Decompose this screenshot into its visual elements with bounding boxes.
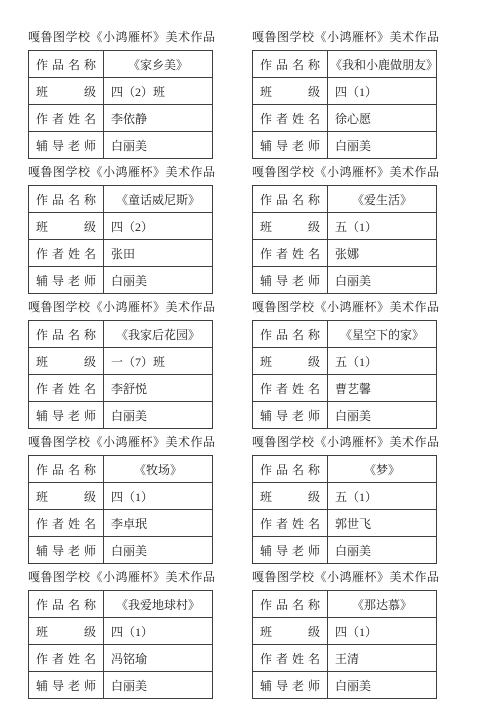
work-title-value: 《爱生活》 [328, 186, 437, 213]
tutor-value: 白丽美 [104, 672, 213, 699]
work-title-value: 《我和小鹿做朋友》 [328, 51, 437, 78]
field-label-work-name: 作品名称 [29, 321, 104, 348]
class-value: 四（1） [104, 618, 213, 645]
field-label-class: 班级 [29, 618, 104, 645]
field-label-author: 作者姓名 [253, 510, 328, 537]
tutor-value: 白丽美 [104, 537, 213, 564]
author-value: 张田 [104, 240, 213, 267]
artwork-label-card: 嘎鲁图学校《小鸿雁杯》美术作品 作品名称 《童话威尼斯》 班级 四（2） 作者姓… [28, 165, 213, 294]
table-row: 作者姓名 曹艺馨 [253, 375, 437, 402]
author-value: 王清 [328, 645, 437, 672]
table-row: 作者姓名 张田 [29, 240, 213, 267]
competition-header: 嘎鲁图学校《小鸿雁杯》美术作品 [252, 435, 437, 450]
artwork-label-card: 嘎鲁图学校《小鸿雁杯》美术作品 作品名称 《牧场》 班级 四（1） 作者姓名 李… [28, 435, 213, 564]
competition-header: 嘎鲁图学校《小鸿雁杯》美术作品 [252, 300, 437, 315]
field-label-tutor: 辅导老师 [29, 267, 104, 294]
competition-header: 嘎鲁图学校《小鸿雁杯》美术作品 [28, 570, 213, 585]
field-label-class: 班级 [253, 213, 328, 240]
table-row: 作者姓名 李舒悦 [29, 375, 213, 402]
field-label-tutor: 辅导老师 [29, 132, 104, 159]
field-label-author: 作者姓名 [253, 240, 328, 267]
field-label-work-name: 作品名称 [253, 51, 328, 78]
artwork-label-card: 嘎鲁图学校《小鸿雁杯》美术作品 作品名称 《梦》 班级 五（1） 作者姓名 郭世… [252, 435, 437, 564]
field-label-work-name: 作品名称 [29, 51, 104, 78]
table-row: 作品名称 《梦》 [253, 456, 437, 483]
field-label-author: 作者姓名 [253, 645, 328, 672]
document-page: 嘎鲁图学校《小鸿雁杯》美术作品 作品名称 《家乡美》 班级 四（2）班 作者姓名… [0, 0, 500, 708]
table-row: 班级 四（1） [253, 618, 437, 645]
tutor-value: 白丽美 [328, 267, 437, 294]
class-value: 五（1） [328, 483, 437, 510]
field-label-tutor: 辅导老师 [253, 402, 328, 429]
table-row: 班级 四（1） [253, 78, 437, 105]
tutor-value: 白丽美 [328, 537, 437, 564]
author-value: 李舒悦 [104, 375, 213, 402]
table-row: 辅导老师 白丽美 [29, 672, 213, 699]
table-row: 班级 四（2）班 [29, 78, 213, 105]
artwork-info-table: 作品名称 《家乡美》 班级 四（2）班 作者姓名 李依静 辅导老师 白丽美 [28, 50, 213, 159]
table-row: 辅导老师 白丽美 [29, 537, 213, 564]
class-value: 五（1） [328, 348, 437, 375]
author-value: 曹艺馨 [328, 375, 437, 402]
competition-header: 嘎鲁图学校《小鸿雁杯》美术作品 [252, 570, 437, 585]
artwork-info-table: 作品名称 《梦》 班级 五（1） 作者姓名 郭世飞 辅导老师 白丽美 [252, 455, 437, 564]
tutor-value: 白丽美 [104, 132, 213, 159]
artwork-label-card: 嘎鲁图学校《小鸿雁杯》美术作品 作品名称 《我和小鹿做朋友》 班级 四（1） 作… [252, 30, 437, 159]
competition-header: 嘎鲁图学校《小鸿雁杯》美术作品 [252, 165, 437, 180]
table-row: 作品名称 《我爱地球村》 [29, 591, 213, 618]
table-row: 作品名称 《星空下的家》 [253, 321, 437, 348]
field-label-class: 班级 [253, 618, 328, 645]
field-label-work-name: 作品名称 [29, 456, 104, 483]
artwork-label-card: 嘎鲁图学校《小鸿雁杯》美术作品 作品名称 《我家后花园》 班级 一（7）班 作者… [28, 300, 213, 429]
artwork-label-card: 嘎鲁图学校《小鸿雁杯》美术作品 作品名称 《那达慕》 班级 四（1） 作者姓名 … [252, 570, 437, 699]
tutor-value: 白丽美 [328, 132, 437, 159]
field-label-class: 班级 [29, 483, 104, 510]
artwork-info-table: 作品名称 《星空下的家》 班级 五（1） 作者姓名 曹艺馨 辅导老师 白丽美 [252, 320, 437, 429]
class-value: 四（2）班 [104, 78, 213, 105]
author-value: 李依静 [104, 105, 213, 132]
table-row: 作品名称 《牧场》 [29, 456, 213, 483]
field-label-work-name: 作品名称 [253, 186, 328, 213]
class-value: 四（2） [104, 213, 213, 240]
table-row: 作者姓名 冯铭瑜 [29, 645, 213, 672]
table-row: 班级 四（2） [29, 213, 213, 240]
class-value: 一（7）班 [104, 348, 213, 375]
competition-header: 嘎鲁图学校《小鸿雁杯》美术作品 [252, 30, 437, 45]
table-row: 作品名称 《爱生活》 [253, 186, 437, 213]
tutor-value: 白丽美 [104, 402, 213, 429]
artwork-info-table: 作品名称 《牧场》 班级 四（1） 作者姓名 李卓珉 辅导老师 白丽美 [28, 455, 213, 564]
artwork-info-table: 作品名称 《爱生活》 班级 五（1） 作者姓名 张娜 辅导老师 白丽美 [252, 185, 437, 294]
field-label-class: 班级 [253, 348, 328, 375]
artwork-info-table: 作品名称 《那达慕》 班级 四（1） 作者姓名 王清 辅导老师 白丽美 [252, 590, 437, 699]
field-label-tutor: 辅导老师 [29, 672, 104, 699]
tutor-value: 白丽美 [328, 672, 437, 699]
author-value: 张娜 [328, 240, 437, 267]
table-row: 班级 四（1） [29, 618, 213, 645]
table-row: 作品名称 《那达慕》 [253, 591, 437, 618]
field-label-tutor: 辅导老师 [253, 672, 328, 699]
table-row: 辅导老师 白丽美 [253, 672, 437, 699]
table-row: 辅导老师 白丽美 [253, 537, 437, 564]
table-row: 辅导老师 白丽美 [29, 402, 213, 429]
field-label-tutor: 辅导老师 [29, 537, 104, 564]
field-label-work-name: 作品名称 [253, 321, 328, 348]
table-row: 作者姓名 李依静 [29, 105, 213, 132]
competition-header: 嘎鲁图学校《小鸿雁杯》美术作品 [28, 30, 213, 45]
field-label-class: 班级 [253, 483, 328, 510]
field-label-author: 作者姓名 [29, 240, 104, 267]
field-label-work-name: 作品名称 [29, 186, 104, 213]
field-label-author: 作者姓名 [253, 105, 328, 132]
field-label-author: 作者姓名 [29, 375, 104, 402]
table-row: 班级 四（1） [29, 483, 213, 510]
table-row: 作品名称 《我家后花园》 [29, 321, 213, 348]
artwork-label-card: 嘎鲁图学校《小鸿雁杯》美术作品 作品名称 《家乡美》 班级 四（2）班 作者姓名… [28, 30, 213, 159]
table-row: 辅导老师 白丽美 [29, 132, 213, 159]
artwork-info-table: 作品名称 《我和小鹿做朋友》 班级 四（1） 作者姓名 徐心愿 辅导老师 白丽美 [252, 50, 437, 159]
table-row: 班级 一（7）班 [29, 348, 213, 375]
table-row: 作者姓名 李卓珉 [29, 510, 213, 537]
class-value: 四（1） [328, 618, 437, 645]
competition-header: 嘎鲁图学校《小鸿雁杯》美术作品 [28, 435, 213, 450]
author-value: 郭世飞 [328, 510, 437, 537]
table-row: 作品名称 《我和小鹿做朋友》 [253, 51, 437, 78]
field-label-tutor: 辅导老师 [253, 132, 328, 159]
tutor-value: 白丽美 [104, 267, 213, 294]
artwork-label-card: 嘎鲁图学校《小鸿雁杯》美术作品 作品名称 《星空下的家》 班级 五（1） 作者姓… [252, 300, 437, 429]
labels-grid: 嘎鲁图学校《小鸿雁杯》美术作品 作品名称 《家乡美》 班级 四（2）班 作者姓名… [28, 30, 472, 705]
table-row: 作者姓名 徐心愿 [253, 105, 437, 132]
artwork-label-card: 嘎鲁图学校《小鸿雁杯》美术作品 作品名称 《我爱地球村》 班级 四（1） 作者姓… [28, 570, 213, 699]
work-title-value: 《童话威尼斯》 [104, 186, 213, 213]
work-title-value: 《星空下的家》 [328, 321, 437, 348]
field-label-author: 作者姓名 [29, 645, 104, 672]
table-row: 作品名称 《童话威尼斯》 [29, 186, 213, 213]
table-row: 班级 五（1） [253, 213, 437, 240]
tutor-value: 白丽美 [328, 402, 437, 429]
artwork-label-card: 嘎鲁图学校《小鸿雁杯》美术作品 作品名称 《爱生活》 班级 五（1） 作者姓名 … [252, 165, 437, 294]
work-title-value: 《那达慕》 [328, 591, 437, 618]
work-title-value: 《梦》 [328, 456, 437, 483]
field-label-work-name: 作品名称 [253, 456, 328, 483]
field-label-author: 作者姓名 [29, 105, 104, 132]
field-label-tutor: 辅导老师 [29, 402, 104, 429]
table-row: 作者姓名 王清 [253, 645, 437, 672]
artwork-info-table: 作品名称 《我家后花园》 班级 一（7）班 作者姓名 李舒悦 辅导老师 白丽美 [28, 320, 213, 429]
table-row: 作品名称 《家乡美》 [29, 51, 213, 78]
field-label-tutor: 辅导老师 [253, 267, 328, 294]
table-row: 辅导老师 白丽美 [253, 402, 437, 429]
work-title-value: 《牧场》 [104, 456, 213, 483]
artwork-info-table: 作品名称 《童话威尼斯》 班级 四（2） 作者姓名 张田 辅导老师 白丽美 [28, 185, 213, 294]
work-title-value: 《我家后花园》 [104, 321, 213, 348]
field-label-class: 班级 [29, 348, 104, 375]
table-row: 作者姓名 郭世飞 [253, 510, 437, 537]
field-label-class: 班级 [29, 78, 104, 105]
table-row: 辅导老师 白丽美 [253, 267, 437, 294]
table-row: 辅导老师 白丽美 [253, 132, 437, 159]
field-label-tutor: 辅导老师 [253, 537, 328, 564]
table-row: 班级 五（1） [253, 483, 437, 510]
class-value: 五（1） [328, 213, 437, 240]
competition-header: 嘎鲁图学校《小鸿雁杯》美术作品 [28, 300, 213, 315]
author-value: 徐心愿 [328, 105, 437, 132]
table-row: 辅导老师 白丽美 [29, 267, 213, 294]
field-label-work-name: 作品名称 [29, 591, 104, 618]
field-label-class: 班级 [29, 213, 104, 240]
work-title-value: 《我爱地球村》 [104, 591, 213, 618]
table-row: 班级 五（1） [253, 348, 437, 375]
class-value: 四（1） [104, 483, 213, 510]
artwork-info-table: 作品名称 《我爱地球村》 班级 四（1） 作者姓名 冯铭瑜 辅导老师 白丽美 [28, 590, 213, 699]
competition-header: 嘎鲁图学校《小鸿雁杯》美术作品 [28, 165, 213, 180]
author-value: 冯铭瑜 [104, 645, 213, 672]
field-label-author: 作者姓名 [29, 510, 104, 537]
field-label-class: 班级 [253, 78, 328, 105]
work-title-value: 《家乡美》 [104, 51, 213, 78]
author-value: 李卓珉 [104, 510, 213, 537]
table-row: 作者姓名 张娜 [253, 240, 437, 267]
field-label-author: 作者姓名 [253, 375, 328, 402]
class-value: 四（1） [328, 78, 437, 105]
field-label-work-name: 作品名称 [253, 591, 328, 618]
